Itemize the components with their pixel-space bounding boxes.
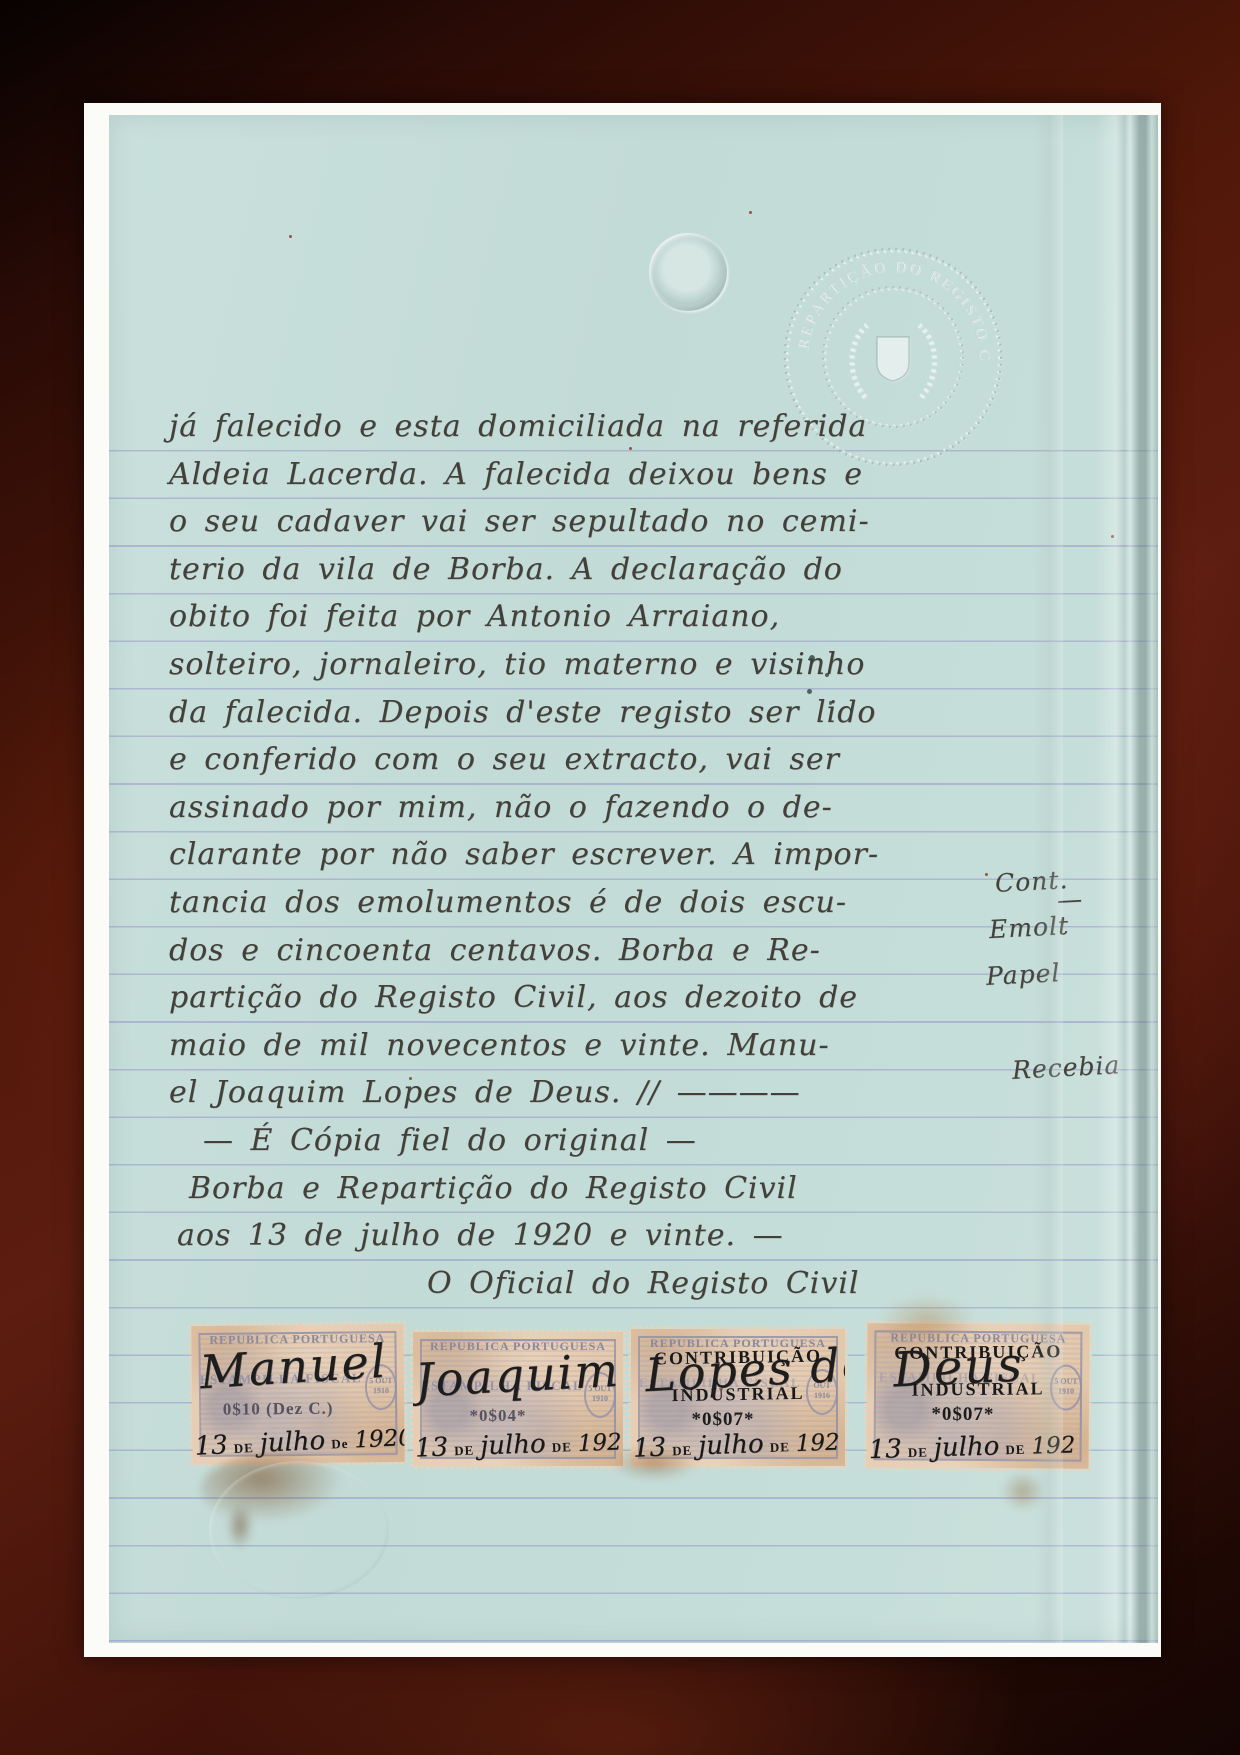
date-de: DE [770, 1439, 791, 1456]
stain [1001, 1471, 1045, 1511]
scan-white-frame: REPARTIÇÃO DO REGISTO CIVIL já falecido … [84, 103, 1161, 1657]
paper-fleck [1111, 535, 1114, 538]
margin-note: Recebia [1011, 1050, 1121, 1085]
date-month: julho [698, 1429, 765, 1461]
paper-fleck [289, 235, 292, 238]
text-line: obito foi feita por Antonio Arraiano, [169, 593, 1039, 641]
text-line: já falecido e esta domiciliada na referi… [169, 403, 1039, 451]
stamp-date: 13 DE julho DE 192 [868, 1429, 1089, 1465]
text-line: O Oficial do Registo Civil [427, 1260, 1039, 1308]
stamp-signature: Lopes de [644, 1338, 845, 1402]
date-de: De [331, 1436, 349, 1453]
text-line: el Joaquim Lopes de Deus. // ———— [169, 1069, 1039, 1117]
stamp-signature: Deus [892, 1334, 1089, 1399]
scanned-document-photo: { "page_text": { "lines": [ "já falecido… [0, 0, 1240, 1755]
date-month: julho [480, 1429, 547, 1461]
revenue-stamp-004: REPUBLICA PORTUGUESA ESTAMPILHA FISCAL 5… [410, 1329, 626, 1469]
date-year: 192 [1031, 1432, 1076, 1459]
stamp-paper: REPUBLICA PORTUGUESA ESTAMPILHA FISCAL O… [631, 1329, 845, 1466]
text-line: o seu cadaver vai ser sepultado no cemi- [169, 498, 1039, 546]
text-line: Borba e Repartição do Registo Civil [189, 1165, 1039, 1213]
document-page: REPARTIÇÃO DO REGISTO CIVIL já falecido … [109, 115, 1158, 1643]
stamp-value: *0$04* [413, 1406, 583, 1426]
text-line: tancia dos emolumentos é de dois escu- [169, 879, 1039, 927]
text-line: e conferido com o seu extracto, vai ser [169, 736, 1039, 784]
date-de: DE [233, 1440, 254, 1457]
margin-note: Papel [985, 958, 1061, 991]
date-month: julho [933, 1431, 999, 1463]
text-line: solteiro, jornaleiro, tio materno e visi… [169, 641, 1039, 689]
text-line: aos 13 de julho de 1920 e vinte. — [177, 1212, 1039, 1260]
embossed-seal-small [649, 233, 727, 311]
date-year: 192 [577, 1429, 622, 1457]
date-de: DE [908, 1444, 929, 1461]
stamp-paper: REPUBLICA PORTUGUESA ESTAMPILHA FISCAL 5… [867, 1323, 1090, 1469]
stamp-value: 0$10 (Dez C.) [192, 1398, 364, 1420]
text-line: — É Cópia fiel do original — [203, 1117, 1039, 1165]
date-de: DE [454, 1443, 475, 1460]
date-de: DE [1005, 1442, 1026, 1459]
revenue-stamp-007-industrial: REPUBLICA PORTUGUESA ESTAMPILHA FISCAL O… [628, 1326, 848, 1469]
date-day: 13 [868, 1434, 902, 1465]
text-line: assinado por mim, não o fazendo o de- [169, 784, 1039, 832]
date-year: 1920 [354, 1425, 405, 1454]
page-fold-edge [1096, 115, 1158, 1643]
text-line: terio da vila de Borba. A declaração do [169, 546, 1039, 594]
text-line: clarante por não saber escrever. A impor… [169, 831, 1039, 879]
date-day: 13 [194, 1430, 228, 1461]
revenue-stamp-007-industrial: REPUBLICA PORTUGUESA ESTAMPILHA FISCAL 5… [863, 1320, 1092, 1472]
text-line: da falecida. Depois d'este registo ser l… [169, 689, 1039, 737]
text-line: Aldeia Lacerda. A falecida deixou bens e [169, 451, 1039, 499]
date-month: julho [259, 1426, 326, 1459]
revenue-stamp-010: REPUBLICA PORTUGUESA ESTAMPILHA FISCAL 5… [188, 1321, 407, 1467]
stamp-paper: REPUBLICA PORTUGUESA ESTAMPILHA FISCAL 5… [191, 1324, 404, 1464]
text-line: maio de mil novecentos e vinte. Manu- [169, 1022, 1039, 1070]
margin-note: — [1056, 884, 1083, 914]
date-year: 192 [795, 1429, 840, 1457]
date-de: DE [552, 1439, 573, 1456]
handwritten-body: já falecido e esta domiciliada na referi… [169, 403, 1039, 1307]
paper-fleck [749, 211, 752, 214]
date-day: 13 [415, 1432, 449, 1463]
date-de: DE [672, 1443, 693, 1460]
stamp-value: *0$07* [867, 1403, 1059, 1426]
text-line: dos e cincoenta centavos. Borba e Re- [169, 927, 1039, 975]
stamp-signature: Joaquim [414, 1343, 623, 1408]
margin-note: Emolt [988, 911, 1069, 944]
text-line: partição do Registo Civil, aos dezoito d… [169, 974, 1039, 1022]
date-day: 13 [633, 1433, 667, 1464]
stamp-paper: REPUBLICA PORTUGUESA ESTAMPILHA FISCAL 5… [413, 1332, 623, 1466]
embossed-seal-faint [209, 1461, 389, 1599]
